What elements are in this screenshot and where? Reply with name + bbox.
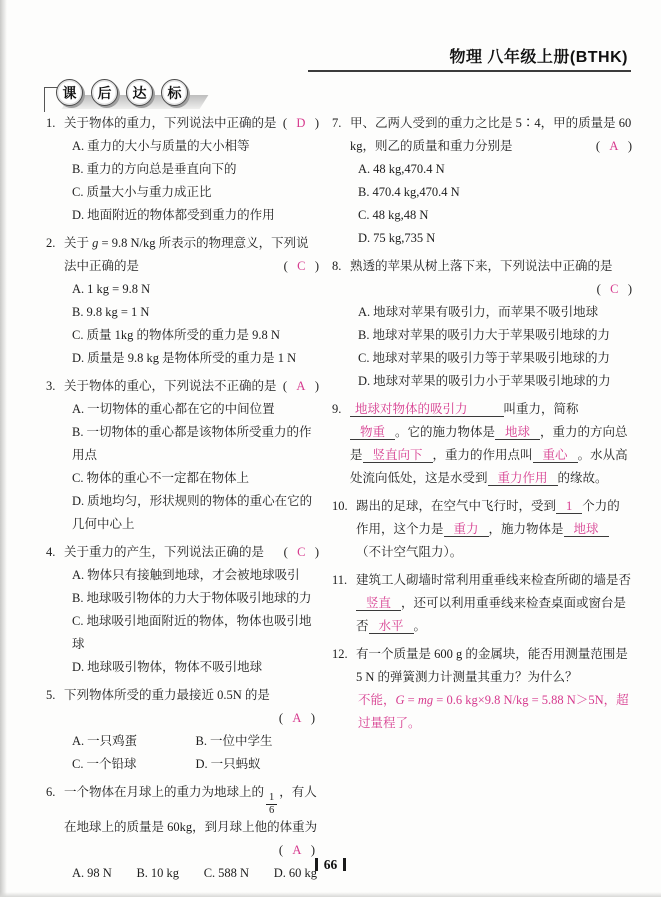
- options-group: A.一只鸡蛋B.一位中学生C.一个铅球D.一只蚂蚁: [64, 730, 319, 776]
- option-d: D.一只蚂蚁: [196, 753, 320, 776]
- option-text: 重力的大小与质量的大小相等: [87, 139, 250, 153]
- answer-letter: C: [610, 282, 618, 296]
- option-text: 质量是 9.8 kg 是物体所受的重力是 1 N: [87, 351, 296, 365]
- option-a: A.重力的大小与质量的大小相等: [72, 135, 319, 158]
- question-7: 7.甲、乙两人受到的重力之比是 5∶4，甲的质量是 60 kg，则乙的质量和重力…: [332, 112, 632, 250]
- option-label: C.: [72, 471, 83, 485]
- option-text: 9.8 kg = 1 N: [86, 305, 149, 319]
- blank-answer: 物重: [350, 425, 395, 440]
- option-label: C.: [72, 328, 83, 342]
- question-stem: 关于重力的产生，下列说法正确的是( C ): [64, 541, 319, 564]
- option-a: A.48 kg,470.4 N: [358, 158, 632, 181]
- question-number: 8.: [332, 255, 341, 278]
- question-5: 5.下列物体所受的重力最接近 0.5N 的是( A )A.一只鸡蛋B.一位中学生…: [46, 684, 319, 776]
- workbook-page: 物理 八年级上册(BTHK) 课后达标 1.关于物体的重力，下列说法中正确的是(…: [0, 0, 661, 897]
- stem-text: 。: [414, 619, 427, 633]
- option-text: 75 kg,735 N: [373, 231, 435, 245]
- exercise-content: 1.关于物体的重力，下列说法中正确的是( D )A.重力的大小与质量的大小相等B…: [46, 112, 632, 890]
- question-stem: 地球对物体的吸引力叫重力，简称物重。它的施力物体是地球，重力的方向总是竖直向下，…: [350, 398, 632, 490]
- option-c: C.地球对苹果的吸引力等于苹果吸引地球的力: [358, 347, 632, 370]
- stem-text: = 9.8 N/kg 所表示的物理意义，下列说法中正确的是: [64, 236, 309, 273]
- options-group: A.1 kg = 9.8 NB.9.8 kg = 1 NC.质量 1kg 的物体…: [64, 278, 319, 370]
- option-text: 地球对苹果的吸引力等于苹果吸引地球的力: [372, 351, 610, 365]
- option-label: B.: [72, 591, 83, 605]
- option-a: A.地球对苹果有吸引力，而苹果不吸引地球: [358, 301, 632, 324]
- question-2: 2.关于 g = 9.8 N/kg 所表示的物理意义，下列说法中正确的是( C …: [46, 232, 319, 370]
- question-number: 5.: [46, 684, 55, 707]
- answer-bracket: ( C ): [591, 278, 632, 301]
- option-b: B.重力的方向总是垂直向下的: [72, 158, 319, 181]
- question-stem: 有一个质量是 600 g 的金属块，能否用测量范围是 5 N 的弹簧测力计测量其…: [356, 643, 632, 689]
- option-a: A.一只鸡蛋: [72, 730, 196, 753]
- answer-letter: A: [292, 711, 301, 725]
- option-text: 地面附近的物体都受到重力的作用: [87, 208, 275, 222]
- stem-text: 不能，: [358, 693, 396, 707]
- option-a: A.一切物体的重心都在它的中间位置: [72, 398, 319, 421]
- option-text: 470.4 kg,470.4 N: [372, 185, 459, 199]
- question-11: 11.建筑工人砌墙时常利用重垂线来检查所砌的墙是否竖直，还可以利用重垂线来检查桌…: [332, 569, 632, 638]
- page-header-title: 物理 八年级上册(BTHK): [449, 44, 628, 67]
- option-b: B.一位中学生: [196, 730, 320, 753]
- option-b: B.地球对苹果的吸引力大于苹果吸引地球的力: [358, 324, 632, 347]
- option-label: A.: [72, 568, 84, 582]
- option-text: 地球吸引地面附近的物体，物体也吸引地球: [72, 614, 311, 651]
- question-4: 4.关于重力的产生，下列说法正确的是( C )A.物体只有接触到地球，才会被地球…: [46, 541, 319, 679]
- blank-answer: 重力: [444, 522, 489, 537]
- page-footer: 66: [0, 857, 661, 873]
- answer-bracket: ( C ): [278, 255, 319, 278]
- question-number: 10.: [332, 495, 348, 518]
- option-label: B.: [72, 162, 83, 176]
- stem-text: 。它的施力物体是: [395, 425, 495, 439]
- stem-text: 一个物体在月球上的重力为地球上的: [64, 785, 264, 799]
- question-stem: 关于物体的重心，下列说法不正确的是( A ): [64, 375, 319, 398]
- option-text: 地球吸引物体的力大于物体吸引地球的力: [86, 591, 311, 605]
- option-label: D.: [72, 494, 84, 508]
- option-label: D.: [196, 757, 208, 771]
- stem-text: 下列物体所受的重力最接近 0.5N 的是: [64, 688, 270, 702]
- option-label: A.: [358, 305, 370, 319]
- stem-text: （不计空气阻力）。: [356, 545, 462, 559]
- footer-bar-left: [315, 858, 318, 871]
- option-label: B.: [358, 185, 369, 199]
- options-group: A.48 kg,470.4 NB.470.4 kg,470.4 NC.48 kg…: [350, 158, 632, 250]
- option-d: D.质量是 9.8 kg 是物体所受的重力是 1 N: [72, 347, 319, 370]
- answer-bracket: ( A ): [273, 711, 315, 725]
- answer-letter: D: [296, 116, 305, 130]
- option-b: B.一切物体的重心都是该物体所受重力的作用点: [72, 421, 319, 467]
- scan-edge-bottom: [0, 892, 661, 897]
- answer-bracket: ( A ): [273, 843, 315, 857]
- right-column: 7.甲、乙两人受到的重力之比是 5∶4，甲的质量是 60 kg，则乙的质量和重力…: [332, 112, 632, 890]
- option-text: 地球对苹果有吸引力，而苹果不吸引地球: [373, 305, 598, 319]
- math-symbol: mg: [418, 693, 433, 707]
- question-12: 12.有一个质量是 600 g 的金属块，能否用测量范围是 5 N 的弹簧测力计…: [332, 643, 632, 735]
- option-text: 一只鸡蛋: [87, 734, 137, 748]
- answer-bracket: ( A ): [590, 135, 632, 158]
- option-text: 物体只有接触到地球，才会被地球吸引: [87, 568, 300, 582]
- question-number: 2.: [46, 232, 55, 255]
- options-group: A.地球对苹果有吸引力，而苹果不吸引地球B.地球对苹果的吸引力大于苹果吸引地球的…: [350, 301, 632, 393]
- option-text: 质量大小与重力成正比: [86, 185, 211, 199]
- option-d: D.地球对苹果的吸引力小于苹果吸引地球的力: [358, 370, 632, 393]
- fraction-denominator: 6: [269, 805, 274, 817]
- option-text: 一切物体的重心都是该物体所受重力的作用点: [72, 425, 311, 462]
- blank-answer: 水平: [369, 619, 414, 634]
- option-label: D.: [358, 374, 370, 388]
- option-text: 一只蚂蚁: [211, 757, 261, 771]
- option-d: D.地球吸引物体，物体不吸引地球: [72, 656, 319, 679]
- stem-text: 熟透的苹果从树上落下来，下列说法中正确的是: [350, 259, 613, 273]
- stem-text: 踢出的足球，在空气中飞行时，受到: [356, 499, 556, 513]
- answer-letter: C: [297, 259, 305, 273]
- question-number: 4.: [46, 541, 55, 564]
- option-text: 地球对苹果的吸引力小于苹果吸引地球的力: [373, 374, 611, 388]
- option-c: C.质量 1kg 的物体所受的重力是 9.8 N: [72, 324, 319, 347]
- question-stem: 一个物体在月球上的重力为地球上的16，有人在地球上的质量是 60kg，到月球上他…: [64, 781, 319, 839]
- fraction-numerator: 1: [266, 792, 277, 805]
- option-text: 48 kg,470.4 N: [373, 162, 445, 176]
- option-text: 48 kg,48 N: [372, 208, 428, 222]
- option-label: C.: [72, 757, 83, 771]
- option-b: B.470.4 kg,470.4 N: [358, 181, 632, 204]
- option-text: 重力的方向总是垂直向下的: [86, 162, 236, 176]
- option-label: A.: [72, 282, 84, 296]
- blank-answer: 1: [556, 499, 582, 514]
- question-stem: 甲、乙两人受到的重力之比是 5∶4，甲的质量是 60 kg，则乙的质量和重力分别…: [350, 112, 632, 158]
- question-1: 1.关于物体的重力，下列说法中正确的是( D )A.重力的大小与质量的大小相等B…: [46, 112, 319, 227]
- option-text: 质地均匀，形状规则的物体的重心在它的几何中心上: [72, 494, 312, 531]
- option-a: A.1 kg = 9.8 N: [72, 278, 319, 301]
- answer-letter: A: [609, 139, 618, 153]
- option-label: D.: [72, 351, 84, 365]
- question-stem: 关于物体的重力，下列说法中正确的是( D ): [64, 112, 319, 135]
- options-group: A.物体只有接触到地球，才会被地球吸引B.地球吸引物体的力大于物体吸引地球的力C…: [64, 564, 319, 679]
- option-text: 地球对苹果的吸引力大于苹果吸引地球的力: [372, 328, 610, 342]
- option-text: 地球吸引物体，物体不吸引地球: [87, 660, 262, 674]
- stem-text: ，施力物体是: [489, 522, 564, 536]
- question-10: 10.踢出的足球，在空气中飞行时，受到1个力的作用，这个力是重力，施力物体是地球…: [332, 495, 632, 564]
- blank-answer: 竖直向下: [363, 448, 433, 463]
- option-b: B.地球吸引物体的力大于物体吸引地球的力: [72, 587, 319, 610]
- header-rule: [308, 70, 631, 72]
- option-label: C.: [72, 185, 83, 199]
- options-group: A.一切物体的重心都在它的中间位置B.一切物体的重心都是该物体所受重力的作用点C…: [64, 398, 319, 536]
- option-label: B.: [358, 328, 369, 342]
- fraction: 16: [266, 792, 277, 816]
- question-stem: 踢出的足球，在空气中飞行时，受到1个力的作用，这个力是重力，施力物体是地球（不计…: [356, 495, 632, 564]
- option-label: B.: [196, 734, 207, 748]
- options-group: A.重力的大小与质量的大小相等B.重力的方向总是垂直向下的C.质量大小与重力成正…: [64, 135, 319, 227]
- option-label: A.: [72, 402, 84, 416]
- stem-text: 关于重力的产生，下列说法正确的是: [64, 545, 264, 559]
- option-d: D.地面附近的物体都受到重力的作用: [72, 204, 319, 227]
- option-a: A.物体只有接触到地球，才会被地球吸引: [72, 564, 319, 587]
- option-text: 一切物体的重心都在它的中间位置: [87, 402, 275, 416]
- answer-letter: A: [296, 379, 305, 393]
- answer-bracket: ( D ): [277, 112, 319, 135]
- question-stem: 关于 g = 9.8 N/kg 所表示的物理意义，下列说法中正确的是( C ): [64, 232, 319, 278]
- stem-text: 叫重力，简称: [504, 402, 579, 416]
- option-label: D.: [72, 660, 84, 674]
- badge-char-4: 标: [161, 79, 188, 106]
- question-number: 7.: [332, 112, 341, 135]
- option-label: C.: [358, 351, 369, 365]
- option-text: 一个铅球: [86, 757, 136, 771]
- blank-answer: 重心: [533, 448, 578, 463]
- question-number: 3.: [46, 375, 55, 398]
- blank-answer: 重力作用: [488, 471, 558, 486]
- stem-text: 关于物体的重力，下列说法中正确的是: [64, 116, 277, 130]
- badge-char-1: 课: [56, 79, 83, 106]
- badge-char-2: 后: [91, 79, 118, 106]
- option-text: 物体的重心不一定都在物体上: [86, 471, 249, 485]
- stem-text: 关于物体的重心，下列说法不正确的是: [64, 379, 277, 393]
- option-text: 1 kg = 9.8 N: [87, 282, 150, 296]
- option-label: C.: [358, 208, 369, 222]
- scan-edge-left: [0, 0, 7, 897]
- badge-char-3: 达: [126, 79, 153, 106]
- option-label: B.: [72, 305, 83, 319]
- stem-text: 关于: [64, 236, 92, 250]
- stem-text: 建筑工人砌墙时常利用重垂线来检查所砌的墙是否: [356, 573, 631, 587]
- blank-answer: 竖直: [356, 596, 401, 611]
- question-number: 1.: [46, 112, 55, 135]
- option-c: C.一个铅球: [72, 753, 196, 776]
- stem-text: 的缘故。: [558, 471, 608, 485]
- option-c: C.质量大小与重力成正比: [72, 181, 319, 204]
- option-label: C.: [72, 614, 83, 628]
- option-text: 质量 1kg 的物体所受的重力是 9.8 N: [86, 328, 279, 342]
- footer-bar-right: [343, 858, 346, 871]
- question-3: 3.关于物体的重心，下列说法不正确的是( A )A.一切物体的重心都在它的中间位…: [46, 375, 319, 536]
- question-stem: 熟透的苹果从树上落下来，下列说法中正确的是( C ): [350, 255, 632, 301]
- option-c: C.48 kg,48 N: [358, 204, 632, 227]
- option-label: A.: [358, 162, 370, 176]
- question-number: 9.: [332, 398, 341, 421]
- option-b: B.9.8 kg = 1 N: [72, 301, 319, 324]
- answer-letter: A: [292, 843, 301, 857]
- blank-answer: 地球: [495, 425, 540, 440]
- blank-answer: 地球对物体的吸引力: [350, 402, 504, 417]
- option-c: C.物体的重心不一定都在物体上: [72, 467, 319, 490]
- option-d: D.75 kg,735 N: [358, 227, 632, 250]
- option-label: A.: [72, 139, 84, 153]
- solution-text: 不能，G = mg = 0.6 kg×9.8 N/kg = 5.88 N＞5N，…: [356, 689, 632, 735]
- question-number: 12.: [332, 643, 348, 666]
- question-number: 6.: [46, 781, 55, 804]
- option-label: D.: [358, 231, 370, 245]
- answer-bracket-line: ( A ): [64, 707, 319, 730]
- question-8: 8.熟透的苹果从树上落下来，下列说法中正确的是( C )A.地球对苹果有吸引力，…: [332, 255, 632, 393]
- stem-text: 有一个质量是 600 g 的金属块，能否用测量范围是 5 N 的弹簧测力计测量其…: [356, 647, 628, 684]
- option-text: 一位中学生: [210, 734, 273, 748]
- option-label: D.: [72, 208, 84, 222]
- option-c: C.地球吸引地面附近的物体，物体也吸引地球: [72, 610, 319, 656]
- blank-answer: 地球: [564, 522, 609, 537]
- left-column: 1.关于物体的重力，下列说法中正确的是( D )A.重力的大小与质量的大小相等B…: [46, 112, 319, 890]
- answer-bracket: ( C ): [278, 541, 319, 564]
- page-number: 66: [324, 857, 338, 872]
- answer-letter: C: [297, 545, 305, 559]
- answer-bracket: ( A ): [277, 375, 319, 398]
- badge-characters: 课后达标: [56, 79, 226, 106]
- option-label: A.: [72, 734, 84, 748]
- stem-text: ，重力的作用点叫: [433, 448, 533, 462]
- question-stem: 下列物体所受的重力最接近 0.5N 的是: [64, 684, 319, 707]
- question-9: 9.地球对物体的吸引力叫重力，简称物重。它的施力物体是地球，重力的方向总是竖直向…: [332, 398, 632, 490]
- option-d: D.质地均匀，形状规则的物体的重心在它的几何中心上: [72, 490, 319, 536]
- stem-text: =: [405, 693, 418, 707]
- question-number: 11.: [332, 569, 347, 592]
- option-label: B.: [72, 425, 83, 439]
- math-symbol: G: [396, 693, 405, 707]
- question-stem: 建筑工人砌墙时常利用重垂线来检查所砌的墙是否竖直，还可以利用重垂线来检查桌面或窗…: [356, 569, 632, 638]
